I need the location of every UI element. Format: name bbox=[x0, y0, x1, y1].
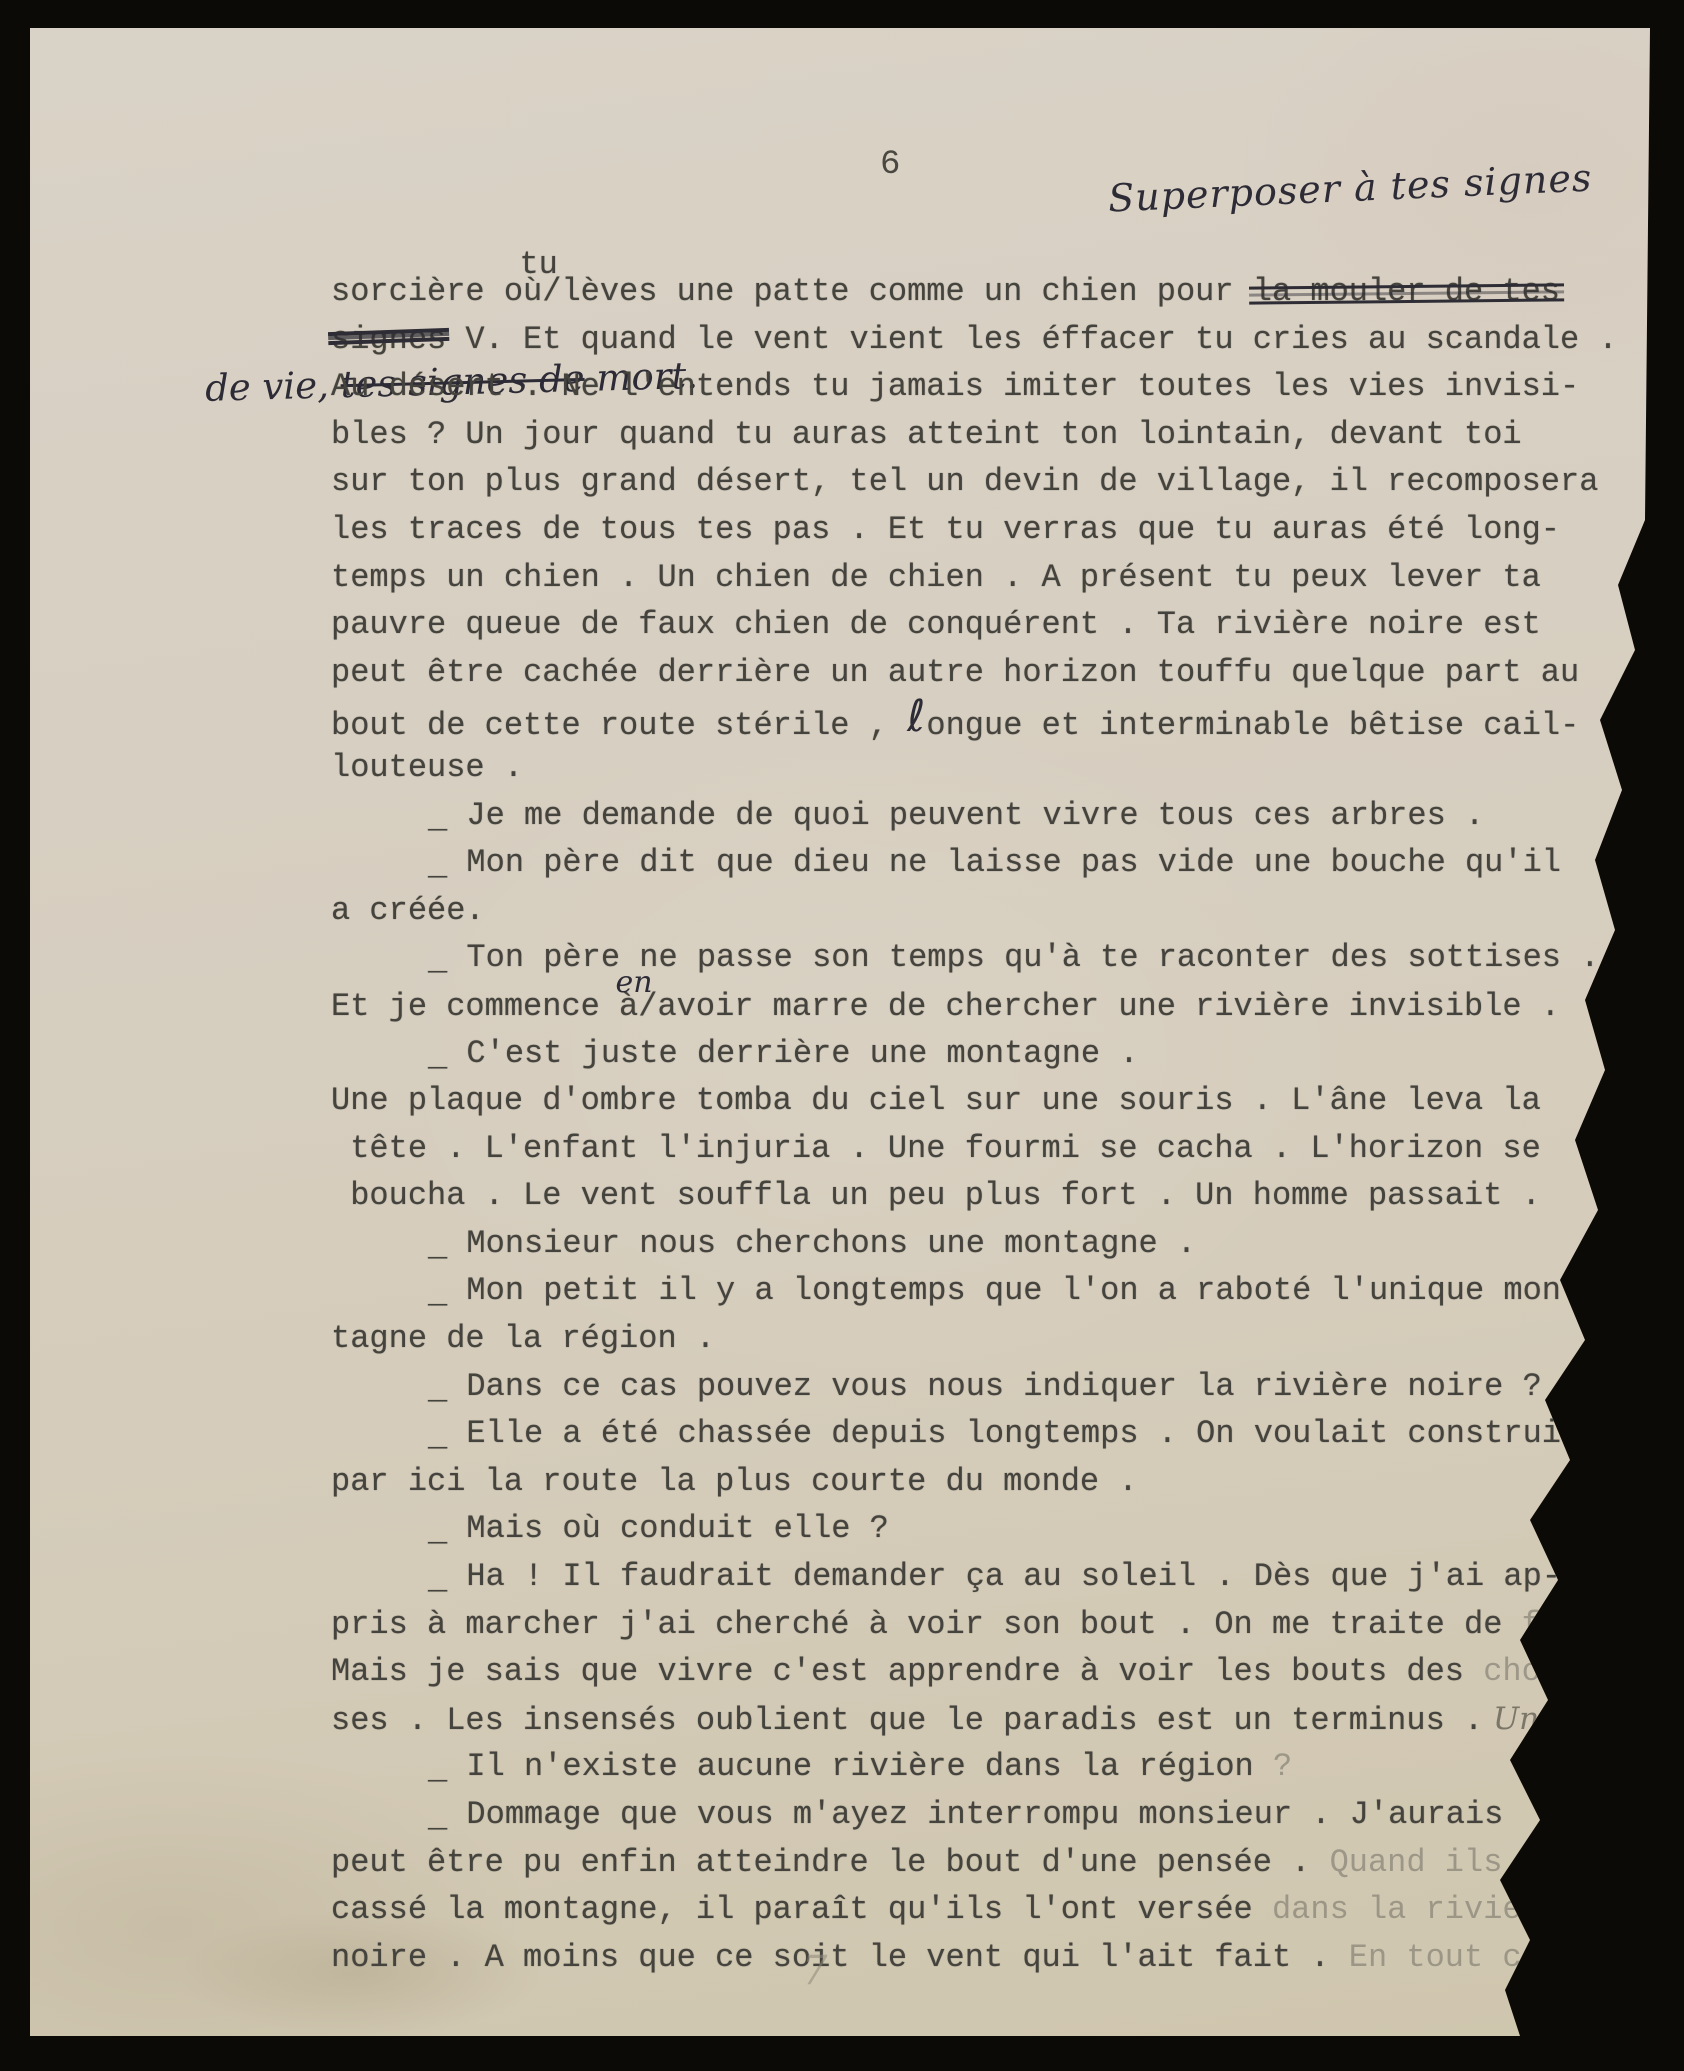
typed-text-block: sorcière où/tulèves une patte comme un c… bbox=[331, 268, 1618, 1981]
typed-text: pris à marcher j'ai cherché à voir son b… bbox=[331, 1606, 1522, 1643]
typed-line: par ici la route la plus courte du monde… bbox=[331, 1458, 1618, 1506]
typed-line: _ Elle a été chassée depuis longtemps . … bbox=[331, 1410, 1618, 1458]
typed-line: cassé la montagne, il paraît qu'ils l'on… bbox=[331, 1886, 1618, 1934]
typed-line: _ Monsieur nous cherchons une montagne . bbox=[331, 1220, 1618, 1268]
typed-text: _ bbox=[428, 1366, 447, 1414]
typed-text: Une plaque d'ombre tomba du ciel sur une… bbox=[331, 1082, 1541, 1119]
typed-line: pris à marcher j'ai cherché à voir son b… bbox=[331, 1601, 1618, 1649]
typed-text: tagne de la région . bbox=[331, 1320, 715, 1357]
typed-line: sur ton plus grand désert, tel un devin … bbox=[331, 458, 1618, 506]
typed-text: _ bbox=[428, 1746, 447, 1794]
typed-text: Quand ils on bbox=[1330, 1844, 1560, 1881]
typed-text: _ bbox=[428, 1508, 447, 1556]
typed-line: noire . A moins que ce soit le vent qui … bbox=[331, 1934, 1618, 1982]
typed-text: noire . A moins que ce soit le vent qui … bbox=[331, 1939, 1349, 1976]
typed-line: sorcière où/tulèves une patte comme un c… bbox=[331, 268, 1618, 316]
typed-line: pauvre queue de faux chien de conquérent… bbox=[331, 601, 1618, 649]
typed-line: Une plaque d'ombre tomba du ciel sur une… bbox=[331, 1077, 1618, 1125]
typed-text: bles ? Un jour quand tu auras atteint to… bbox=[331, 416, 1522, 453]
typed-line: _ Il n'existe aucune rivière dans la rég… bbox=[331, 1743, 1618, 1791]
typed-line: louteuse . bbox=[331, 744, 1618, 792]
typed-text: dans la rivière bbox=[1272, 1891, 1560, 1928]
typed-text: Au désert . Ne l'entends tu jamais imite… bbox=[331, 368, 1579, 405]
typed-text: Elle a été chassée depuis longtemps . On… bbox=[447, 1415, 1561, 1452]
typed-line: peut être cachée derrière un autre horiz… bbox=[331, 649, 1618, 697]
typed-text: _ bbox=[428, 1033, 447, 1081]
typed-line: _ Mon père dit que dieu ne laisse pas vi… bbox=[331, 839, 1618, 887]
struck-text: signes bbox=[331, 316, 446, 364]
typed-text: lèves une patte comme un chien pour bbox=[561, 273, 1252, 310]
typed-text: _ bbox=[428, 1270, 447, 1318]
typed-line: signes V. Et quand le vent vient les éff… bbox=[331, 316, 1618, 364]
typed-line: _ Je me demande de quoi peuvent vivre to… bbox=[331, 792, 1618, 840]
typed-line: ses . Les insensés oublient que le parad… bbox=[331, 1696, 1618, 1744]
typed-text: Je me demande de quoi peuvent vivre tous… bbox=[447, 797, 1484, 834]
typed-text: bout de cette route stérile , bbox=[331, 707, 907, 744]
typed-line: _ Mon petit il y a longtemps que l'on a … bbox=[331, 1267, 1618, 1315]
typed-text: ? bbox=[1273, 1748, 1292, 1785]
typed-text: a créée. bbox=[331, 892, 485, 929]
typed-text: boucha . Le vent souffla un peu plus for… bbox=[331, 1177, 1541, 1214]
typed-line: _ Dans ce cas pouvez vous nous indiquer … bbox=[331, 1363, 1618, 1411]
typed-line: bout de cette route stérile , ℓongue et … bbox=[331, 696, 1618, 744]
typed-line: boucha . Le vent souffla un peu plus for… bbox=[331, 1172, 1618, 1220]
typed-text: Mais je sais que vivre c'est apprendre à… bbox=[331, 1653, 1483, 1690]
pencil-annotation: Un ( bbox=[1483, 1701, 1561, 1737]
typed-text: Il n'existe aucune rivière dans la régio… bbox=[447, 1748, 1273, 1785]
typed-text: sur ton plus grand désert, tel un devin … bbox=[331, 463, 1598, 500]
typed-line: temps un chien . Un chien de chien . A p… bbox=[331, 554, 1618, 602]
typed-line: _ Dommage que vous m'ayez interrompu mon… bbox=[331, 1791, 1618, 1839]
margin-note-pre: de vie, bbox=[205, 363, 342, 410]
typed-line: bles ? Un jour quand tu auras atteint to… bbox=[331, 411, 1618, 459]
typed-text: ongue et interminable bêtise cail- bbox=[926, 707, 1579, 744]
typed-text: _ bbox=[428, 842, 447, 890]
typed-text: _ bbox=[428, 795, 447, 843]
typed-text: temps un chien . Un chien de chien . A p… bbox=[331, 559, 1541, 596]
typed-text: Mon père dit que dieu ne laisse pas vide… bbox=[447, 844, 1561, 881]
typed-text: tête . L'enfant l'injuria . Une fourmi s… bbox=[331, 1130, 1541, 1167]
typed-text: _ bbox=[428, 1794, 447, 1842]
typed-text: fo bbox=[1522, 1606, 1560, 1643]
typed-text: Monsieur nous cherchons une montagne . bbox=[447, 1225, 1196, 1262]
typed-text: Dommage que vous m'ayez interrompu monsi… bbox=[447, 1796, 1503, 1833]
typed-text: _ bbox=[428, 1556, 447, 1604]
typed-text: pauvre queue de faux chien de conquérent… bbox=[331, 606, 1541, 643]
typed-text: Dans ce cas pouvez vous nous indiquer la… bbox=[447, 1368, 1542, 1405]
typed-line: peut être pu enfin atteindre le bout d'u… bbox=[331, 1839, 1618, 1887]
typed-text: cassé la montagne, il paraît qu'ils l'on… bbox=[331, 1891, 1272, 1928]
typed-text: Mon petit il y a longtemps que l'on a ra… bbox=[447, 1272, 1580, 1309]
typed-text: Ha ! Il faudrait demander ça au soleil .… bbox=[447, 1558, 1561, 1595]
typed-text: _ bbox=[428, 1413, 447, 1461]
typed-line: _ Ton père ne passe son temps qu'à te ra… bbox=[331, 934, 1618, 982]
handwritten-insertion-top-right: Superposer à tes signes bbox=[1107, 155, 1593, 220]
typed-text: cho bbox=[1483, 1653, 1541, 1690]
typed-line: tagne de la région . bbox=[331, 1315, 1618, 1363]
typed-text: _ bbox=[428, 1223, 447, 1271]
typed-text: les traces de tous tes pas . Et tu verra… bbox=[331, 511, 1560, 548]
page-number: 6 bbox=[880, 146, 900, 184]
manuscript-page: 6 Superposer à tes signes de vie, tes si… bbox=[30, 28, 1652, 2036]
struck-text: la mouler de tes bbox=[1253, 268, 1560, 316]
typed-line: les traces de tous tes pas . Et tu verra… bbox=[331, 506, 1618, 554]
typed-text: ses . Les insensés oublient que le parad… bbox=[331, 1702, 1483, 1739]
typed-line: _ C'est juste derrière une montagne . bbox=[331, 1030, 1618, 1078]
typed-text: _ bbox=[428, 937, 447, 985]
typed-line: tête . L'enfant l'injuria . Une fourmi s… bbox=[331, 1125, 1618, 1173]
typed-text: peut être pu enfin atteindre le bout d'u… bbox=[331, 1844, 1330, 1881]
typed-text: Mais où conduit elle ? bbox=[447, 1510, 889, 1547]
typed-text: En tout cas bbox=[1349, 1939, 1560, 1976]
typed-line: _ Mais où conduit elle ? bbox=[331, 1505, 1618, 1553]
typed-line: Au désert . Ne l'entends tu jamais imite… bbox=[331, 363, 1618, 411]
typed-text: par ici la route la plus courte du monde… bbox=[331, 1463, 1138, 1500]
typed-text: louteuse . bbox=[331, 749, 523, 786]
typed-line: a créée. bbox=[331, 887, 1618, 935]
faint-footer-number: 7 bbox=[802, 1948, 827, 1994]
typed-line: _ Ha ! Il faudrait demander ça au soleil… bbox=[331, 1553, 1618, 1601]
handwritten-correction: ℓ bbox=[907, 693, 926, 741]
typed-line: Et je commence à/enavoir marre de cherch… bbox=[331, 982, 1618, 1030]
typed-text: C'est juste derrière une montagne . bbox=[447, 1035, 1138, 1072]
typed-text: avoir marre de chercher une rivière invi… bbox=[657, 988, 1560, 1025]
typed-text: Et je commence à/ bbox=[331, 988, 657, 1025]
typed-line: Mais je sais que vivre c'est apprendre à… bbox=[331, 1648, 1618, 1696]
typed-text: V. Et quand le vent vient les éffacer tu… bbox=[446, 321, 1617, 358]
typed-text: peut être cachée derrière un autre horiz… bbox=[331, 654, 1579, 691]
